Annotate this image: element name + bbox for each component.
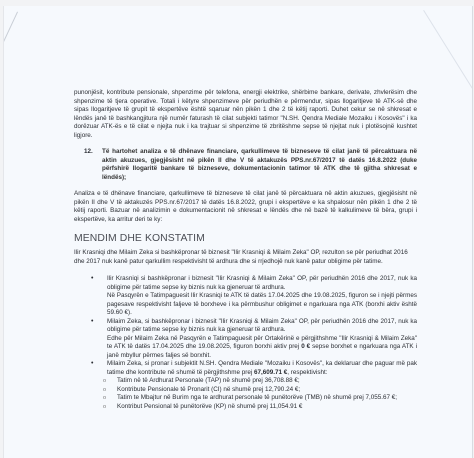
scan-artifact-line xyxy=(3,12,18,53)
document-body: punonjësit, kontribute pensionale, shpen… xyxy=(74,89,417,411)
tax-item-kp: Kontribut Pensional të punëtorëve (KP) n… xyxy=(103,403,417,412)
finding-text-post: , respektivisht: xyxy=(287,369,327,376)
numbered-item-12: 12. Të hartohet analiza e të dhënave fin… xyxy=(74,148,417,182)
analysis-paragraph: Analiza e të dhënave financiare, qarkull… xyxy=(74,190,417,224)
scanned-document-page: punonjësit, kontribute pensionale, shpen… xyxy=(3,6,473,458)
finding-detail: Edhe për Milaim Zeka në Pasqyrën e Tatim… xyxy=(107,335,417,361)
tax-breakdown-list: Tatim në të Ardhurat Personale (TAP) në … xyxy=(103,377,417,411)
findings-list: Ilir Krasniqi si bashkëpronar i biznesit… xyxy=(74,275,417,411)
finding-milaim-zeka-op: Milaim Zeka, si bashkëpronar i biznesit … xyxy=(91,318,417,361)
total-amount: 67,609.71 € xyxy=(254,369,287,376)
finding-text: Ilir Krasniqi si bashkëpronar i biznesit… xyxy=(107,275,417,292)
finding-ilir-krasniqi: Ilir Krasniqi si bashkëpronar i biznesit… xyxy=(91,275,417,318)
scan-artifact-line xyxy=(423,10,473,112)
finding-detail: Në Pasqyrën e Tatimpaguesit Ilir Krasniq… xyxy=(107,292,417,318)
item-number: 12. xyxy=(84,148,102,182)
finding-text: Milaim Zeka, si pronar i subjektit N.SH.… xyxy=(107,360,417,377)
opinion-paragraph: Ilir Krasniqi dhe Milaim Zeka si bashkëp… xyxy=(74,249,417,266)
debt-amount: 0 € xyxy=(301,343,310,350)
section-heading: MENDIM DHE KONSTATIM xyxy=(74,232,417,245)
tax-item-ci: Kontribute Pensionale të Pronarit (CI) n… xyxy=(103,386,417,395)
intro-paragraph: punonjësit, kontribute pensionale, shpen… xyxy=(74,89,417,140)
finding-text: Milaim Zeka, si bashkëpronar i biznesit … xyxy=(107,318,417,335)
item-text: Të hartohet analiza e të dhënave financi… xyxy=(102,148,417,182)
finding-milaim-zeka-nsh: Milaim Zeka, si pronar i subjektit N.SH.… xyxy=(91,360,417,411)
tax-item-tmb: Tatim te Mbajtur në Burim nga te ardhura… xyxy=(103,394,417,403)
tax-item-tap: Tatim në të Ardhurat Personale (TAP) në … xyxy=(103,377,417,386)
